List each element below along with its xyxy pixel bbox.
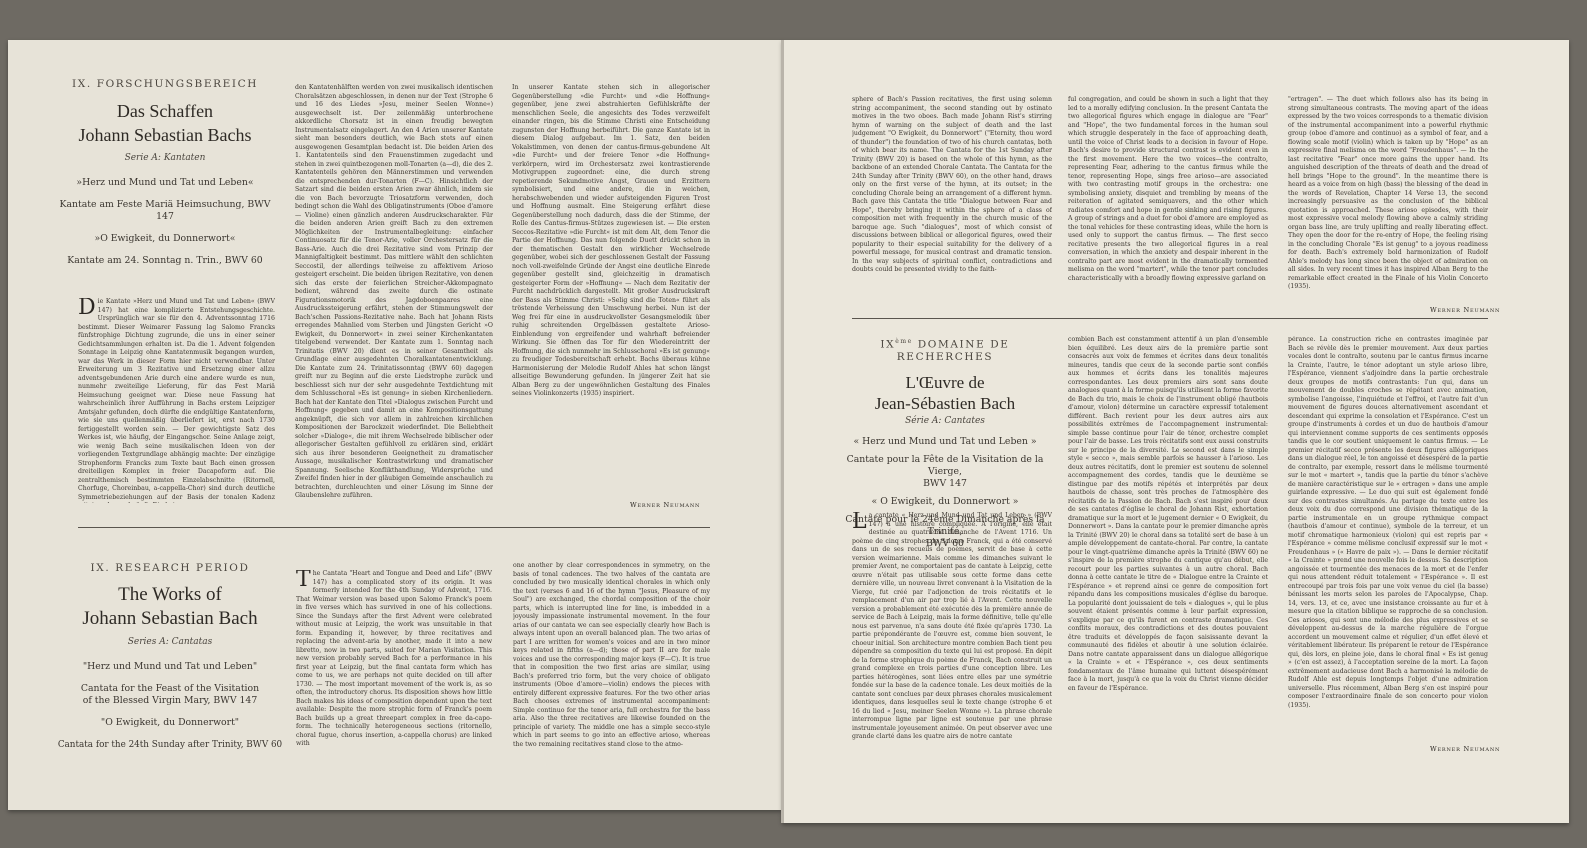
german-work1-desc: Kantate am Feste Mariä Heimsuchung, BWV … [55, 199, 275, 223]
english-col4-text: ful congregation, and could be shown in … [1068, 96, 1268, 283]
english-col3-text: sphere of Bach's Passion recitatives, th… [852, 96, 1052, 275]
english-work1-desc-line2: of the Blessed Virgin Mary, BWV 147 [83, 695, 258, 706]
french-kicker-sup: ème [895, 338, 913, 345]
french-title-line1: L'Œuvre de [835, 372, 1055, 393]
english-heading: IX. RESEARCH PERIOD The Works of Johann … [55, 562, 285, 761]
french-work1-desc-line2: BWV 147 [923, 478, 967, 489]
english-kicker: IX. RESEARCH PERIOD [55, 562, 285, 574]
english-column-3: sphere of Bach's Passion recitatives, th… [852, 96, 1052, 314]
german-series: Serie A: Kantaten [55, 153, 275, 163]
english-work2-title: "O Ewigkeit, du Donnerwort" [55, 717, 285, 729]
german-col1-text: ie Kantate »Herz und Mund und Tat und Le… [78, 298, 275, 503]
french-signature: Werner Neumann [1430, 745, 1500, 753]
french-work1-desc: Cantate pour la Fête de la Visitation de… [835, 454, 1055, 490]
english-column-1: The Cantata "Heart and Tongue and Deed a… [296, 570, 492, 815]
german-col2-text: den Kantatenhälften werden von zwei musi… [295, 84, 493, 501]
english-french-divider [852, 318, 1488, 319]
german-column-3: In unserer Kantate stehen sich in allego… [512, 84, 710, 402]
english-column-4: ful congregation, and could be shown in … [1068, 96, 1268, 314]
english-work1-desc-line1: Cantata for the Feast of the Visitation [81, 683, 259, 694]
english-work1-title: "Herz und Mund und Tat und Leben" [55, 661, 285, 673]
french-dropcap: L [852, 513, 867, 531]
german-kicker: IX. FORSCHUNGSBEREICH [55, 78, 275, 90]
french-work1-title: « Herz und Mund und Tat und Leben » [835, 436, 1055, 448]
french-col3-text: pérance. La construction riche en contra… [1288, 336, 1488, 710]
german-title-line1: Das Schaffen [55, 99, 275, 123]
english-column-5: "ertragen". — The duet which follows als… [1288, 96, 1488, 306]
french-work1-desc-line1: Cantate pour la Fête de la Visitation de… [847, 454, 1044, 477]
french-kicker-numeral: IX [880, 339, 895, 351]
german-title-line2: Johann Sebastian Bachs [55, 123, 275, 147]
french-column-1: La cantate « Herz und Mund und Tat und L… [852, 512, 1052, 810]
center-fold [781, 40, 784, 823]
french-column-2: combien Bach est constamment attentif à … [1068, 336, 1268, 810]
english-title-line2: Johann Sebastian Bach [55, 607, 285, 631]
english-dropcap: T [296, 571, 311, 589]
english-work2-desc: Cantata for the 24th Sunday after Trinit… [55, 739, 285, 751]
german-column-1: Die Kantate »Herz und Mund und Tat und L… [78, 298, 275, 503]
english-col5-text: "ertragen". — The duet which follows als… [1288, 96, 1488, 292]
french-title-line2: Jean-Sébastien Bach [835, 393, 1055, 414]
german-work2-desc: Kantate am 24. Sonntag n. Trin., BWV 60 [55, 255, 275, 267]
english-col1-text: he Cantata "Heart and Tongue and Deed an… [296, 570, 492, 747]
german-dropcap: D [78, 299, 96, 317]
french-kicker-text: DOMAINE DE RECHERCHES [897, 339, 1010, 363]
german-column-2: den Kantatenhälften werden von zwei musi… [295, 84, 493, 502]
english-column-2: one another by clear correspondences in … [513, 562, 710, 815]
german-col3-text: In unserer Kantate stehen sich in allego… [512, 84, 710, 399]
german-work2-title: »O Ewigkeit, du Donnerwort« [55, 233, 275, 245]
french-column-3: pérance. La construction riche en contra… [1288, 336, 1488, 747]
french-col1-text: a cantate « Herz und Mund und Tat und Le… [852, 512, 1052, 740]
french-col2-text: combien Bach est constamment attentif à … [1068, 336, 1268, 693]
english-title-line1: The Works of [55, 583, 285, 607]
french-kicker: IXème DOMAINE DE RECHERCHES [835, 338, 1055, 363]
german-work1-title: »Herz und Mund und Tat und Leben« [55, 177, 275, 189]
english-signature: Werner Neumann [1430, 306, 1500, 314]
english-col2-text: one another by clear correspondences in … [513, 562, 710, 749]
english-series: Series A: Cantatas [55, 637, 285, 647]
german-signature: Werner Neumann [630, 501, 700, 509]
french-work2-title: « O Ewigkeit, du Donnerwort » [835, 496, 1055, 508]
german-english-divider [78, 527, 710, 528]
french-series: Série A: Cantates [835, 416, 1055, 426]
english-work1-desc: Cantata for the Feast of the Visitation … [55, 683, 285, 707]
german-heading: IX. FORSCHUNGSBEREICH Das Schaffen Johan… [55, 78, 275, 277]
